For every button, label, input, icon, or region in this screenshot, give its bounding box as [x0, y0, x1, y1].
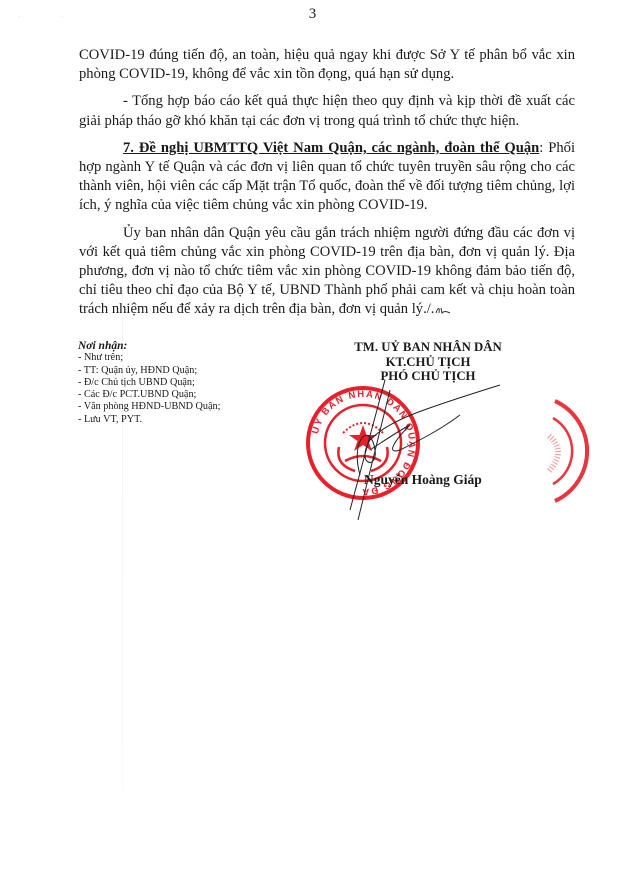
recipient-item: - Các Đ/c PCT.UBND Quận;: [78, 389, 220, 401]
paragraph-continuation: COVID-19 đúng tiến độ, an toàn, hiệu quả…: [79, 46, 575, 84]
section-7-heading: 7. Đề nghị UBMTTQ Việt Nam Quận, các ngà…: [123, 140, 539, 156]
paragraph-summary-report: - Tổng hợp báo cáo kết quả thực hiện the…: [79, 92, 575, 130]
signer-name: Nguyễn Hoàng Giáp: [364, 472, 482, 488]
paragraph-section-7: 7. Đề nghị UBMTTQ Việt Nam Quận, các ngà…: [79, 139, 575, 216]
signature-title-block: TM. UỶ BAN NHÂN DÂN KT.CHỦ TỊCH PHÓ CHỦ …: [318, 340, 538, 384]
page-number: 3: [0, 6, 625, 23]
recipient-item: - Lưu VT, PYT.: [78, 414, 220, 426]
recipient-item: - Đ/c Chủ tịch UBND Quận;: [78, 377, 220, 389]
conclusion-text: Ủy ban nhân dân Quận yêu cầu gắn trách n…: [79, 225, 575, 318]
sign-line-1: TM. UỶ BAN NHÂN DÂN: [318, 340, 538, 355]
recipient-item: - TT: Quận ủy, HĐND Quận;: [78, 365, 220, 377]
initials-mark-icon: [434, 305, 452, 315]
partial-seal-icon: [545, 396, 625, 506]
recipients-title: Nơi nhận:: [78, 340, 220, 352]
recipients-list: Nơi nhận: - Như trên; - TT: Quận ủy, HĐN…: [78, 340, 220, 426]
sign-line-3: PHÓ CHỦ TỊCH: [318, 369, 538, 384]
recipient-item: - Văn phòng HĐND-UBND Quận;: [78, 401, 220, 413]
paragraph-conclusion: Ủy ban nhân dân Quận yêu cầu gắn trách n…: [79, 224, 575, 320]
sign-line-2: KT.CHỦ TỊCH: [318, 355, 538, 370]
document-body: COVID-19 đúng tiến độ, an toàn, hiệu quả…: [79, 46, 575, 328]
recipient-item: - Như trên;: [78, 352, 220, 364]
